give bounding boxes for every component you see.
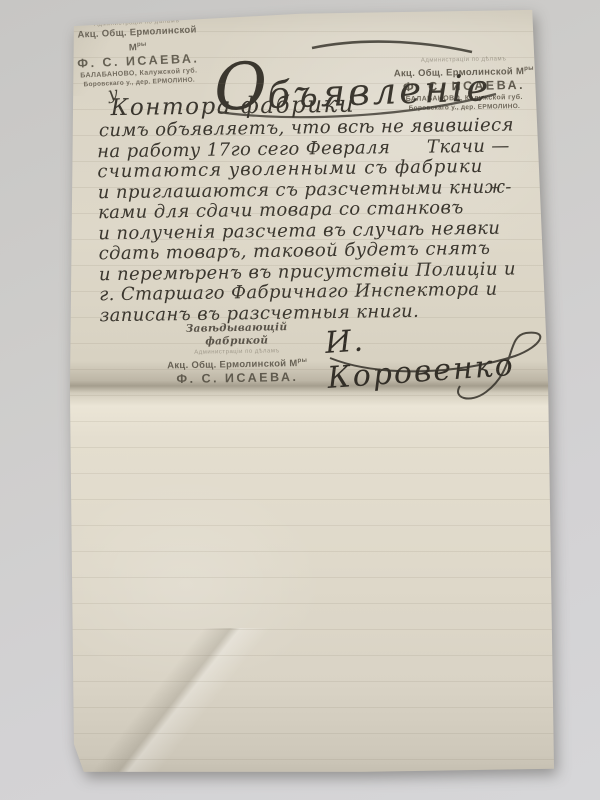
stamp-company-superscript: ры [524,65,534,72]
paper-sheet: Администраціи по дѣламъ Акц. Общ. Ермоли… [62,6,558,778]
closing-stamp: Завѣдывающій фабрикой Администраціи по д… [156,321,317,388]
paper-crease-bottom-left [62,628,282,778]
closing-role-line: Завѣдывающій фабрикой [156,321,316,350]
photo-of-document: { "colors": { "background_gray": "#cecdc… [0,0,600,800]
signature-block: И. Коровенко [310,300,560,410]
closing-company-superscript: ры [297,357,307,364]
paper-surface: Администраціи по дѣламъ Акц. Общ. Ермоли… [62,6,558,778]
letterhead-stamp-top-left: Администраціи по дѣламъ Акц. Общ. Ермоли… [71,16,206,90]
handwritten-body: Контора фабрики симъ объявляетъ, что всѣ… [96,89,569,327]
closing-owner-line: Ф. С. ИСАЕВА. [157,370,317,388]
stamp-company-superscript: ры [137,41,147,48]
